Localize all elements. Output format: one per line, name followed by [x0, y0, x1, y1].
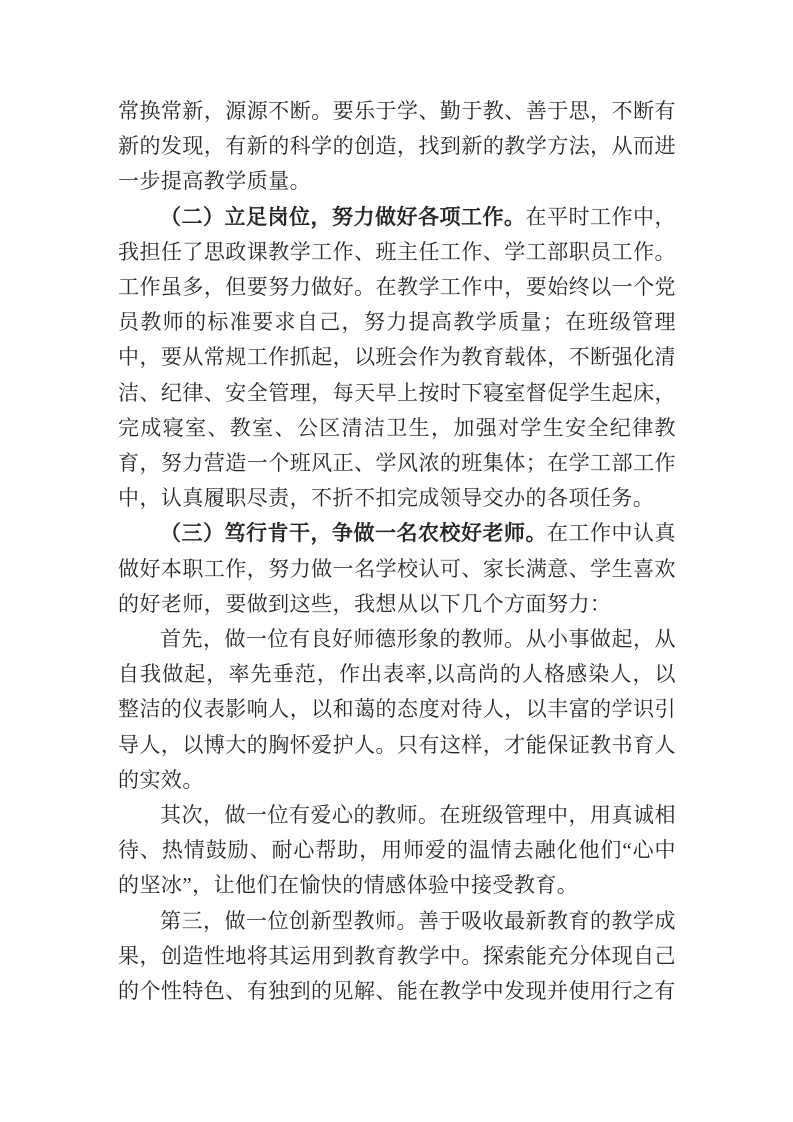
paragraph: 其次，做一位有爱心的教师。在班级管理中，用真诚相待、热情鼓励、耐心帮助，用师爱的…: [118, 798, 676, 904]
document-page: 常换常新，源源不断。要乐于学、勤于教、善于思，不断有新的发现，有新的科学的创造，…: [0, 0, 793, 1122]
body-text: 常换常新，源源不断。要乐于学、勤于教、善于思，不断有新的发现，有新的科学的创造，…: [118, 99, 676, 193]
paragraph: 首先，做一位有良好师德形象的教师。从小事做起，从自我做起，率先垂范，作出表率,以…: [118, 622, 676, 798]
body-text: 在平时工作中，我担任了思政课教学工作、班主任工作、学工部职员工作。工作虽多，但要…: [118, 205, 676, 511]
section-heading: （二）立足岗位，努力做好各项工作。: [160, 205, 526, 229]
paragraph: 常换常新，源源不断。要乐于学、勤于教、善于思，不断有新的发现，有新的科学的创造，…: [118, 94, 676, 200]
paragraph: 第三，做一位创新型教师。善于吸收最新教育的教学成果，创造性地将其运用到教育教学中…: [118, 904, 676, 1010]
document-body: 常换常新，源源不断。要乐于学、勤于教、善于思，不断有新的发现，有新的科学的创造，…: [118, 94, 676, 1009]
section-heading: （三）笃行肯干，争做一名农校好老师。: [160, 521, 547, 545]
paragraph: （二）立足岗位，努力做好各项工作。在平时工作中，我担任了思政课教学工作、班主任工…: [118, 200, 676, 517]
body-text: 首先，做一位有良好师德形象的教师。从小事做起，从自我做起，率先垂范，作出表率,以…: [118, 627, 676, 792]
body-text: 其次，做一位有爱心的教师。在班级管理中，用真诚相待、热情鼓励、耐心帮助，用师爱的…: [118, 803, 676, 897]
body-text: 第三，做一位创新型教师。善于吸收最新教育的教学成果，创造性地将其运用到教育教学中…: [118, 909, 676, 1003]
paragraph: （三）笃行肯干，争做一名农校好老师。在工作中认真做好本职工作，努力做一名学校认可…: [118, 516, 676, 622]
